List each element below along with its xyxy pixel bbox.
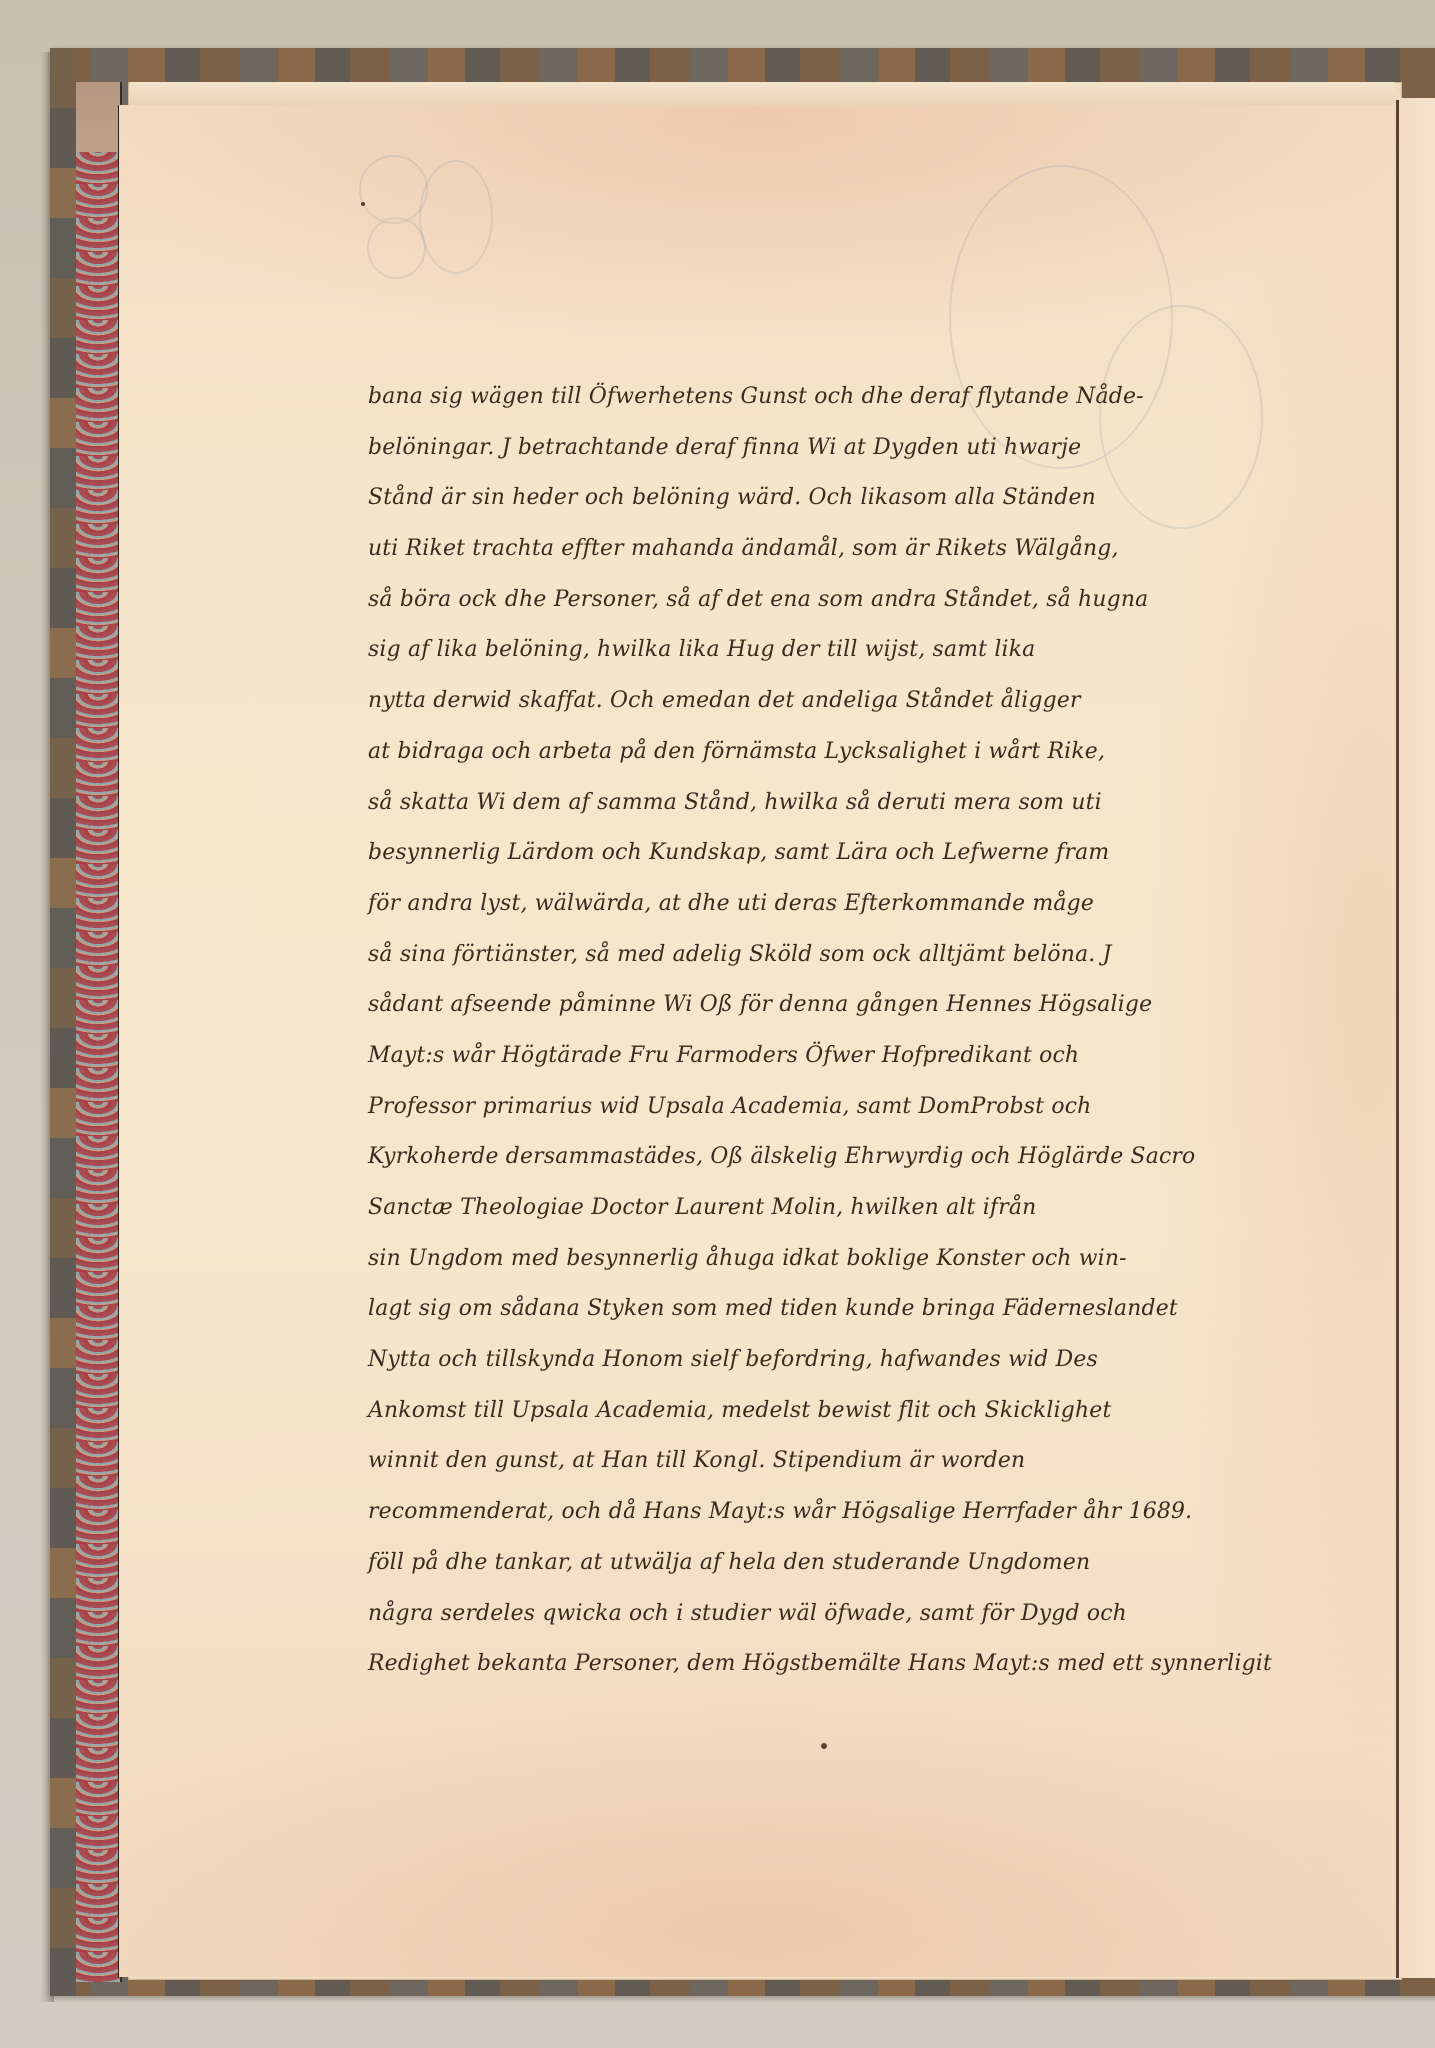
- text-line: för andra lyst, wälwärda, at dhe uti der…: [368, 879, 1293, 930]
- text-line: så skatta Wi dem af samma Stånd, hwilka …: [368, 778, 1293, 829]
- text-line: recommenderat, och då Hans Mayt:s wår Hö…: [368, 1487, 1293, 1538]
- text-line: besynnerlig Lärdom och Kundskap, samt Lä…: [368, 828, 1293, 879]
- bleed-through-flourish: [419, 160, 493, 274]
- text-line: lagt sig om sådana Styken som med tiden …: [368, 1284, 1293, 1335]
- marbled-endpaper: [76, 82, 122, 1982]
- text-line: så böra ock dhe Personer, så af det ena …: [368, 575, 1293, 626]
- text-line: Professor primarius wid Upsala Academia,…: [368, 1082, 1293, 1133]
- text-line: bana sig wägen till Öfwerhetens Gunst oc…: [368, 372, 1293, 423]
- page-stack-top: [130, 82, 1395, 106]
- bleed-through-flourish: [367, 217, 426, 279]
- text-line: Ankomst till Upsala Academia, medelst be…: [368, 1386, 1293, 1437]
- text-line: några serdeles qwicka och i studier wäl …: [368, 1589, 1293, 1640]
- bleed-through-flourish: [359, 155, 428, 224]
- text-line: Sanctæ Theologiae Doctor Laurent Molin, …: [368, 1183, 1293, 1234]
- text-line: föll på dhe tankar, at utwälja af hela d…: [368, 1538, 1293, 1589]
- text-line: Mayt:s wår Högtärade Fru Farmoders Öfwer…: [368, 1031, 1293, 1082]
- text-line: sin Ungdom med besynnerlig åhuga idkat b…: [368, 1234, 1293, 1285]
- text-line: uti Riket trachta effter mahanda ändamål…: [368, 524, 1293, 575]
- text-line: nytta derwid skaffat. Och emedan det and…: [368, 676, 1293, 727]
- facing-page: [1399, 98, 1435, 1978]
- text-line: Stånd är sin heder och belöning wärd. Oc…: [368, 473, 1293, 524]
- ink-speck: [821, 1743, 827, 1749]
- text-line: sig af lika belöning, hwilka lika Hug de…: [368, 625, 1293, 676]
- text-line: belöningar. J betrachtande deraf finna W…: [368, 423, 1293, 474]
- text-line: Kyrkoherde dersammastädes, Oß älskelig E…: [368, 1132, 1293, 1183]
- page-gutter-edge: [1396, 100, 1399, 1978]
- handwritten-text-block: bana sig wägen till Öfwerhetens Gunst oc…: [368, 372, 1298, 1690]
- text-line: winnit den gunst, at Han till Kongl. Sti…: [368, 1436, 1293, 1487]
- book-cover-edge: [50, 48, 76, 1996]
- marbled-endpaper-top: [76, 82, 120, 152]
- text-line: at bidraga och arbeta på den förnämsta L…: [368, 727, 1293, 778]
- ink-speck: [361, 202, 365, 206]
- text-line: Redighet bekanta Personer, dem Högstbemä…: [368, 1639, 1293, 1690]
- text-line: Nytta och tillskynda Honom sielf befordr…: [368, 1335, 1293, 1386]
- text-line: så sina förtiänster, så med adelig Sköld…: [368, 930, 1293, 981]
- text-line: sådant afseende påminne Wi Oß för denna …: [368, 980, 1293, 1031]
